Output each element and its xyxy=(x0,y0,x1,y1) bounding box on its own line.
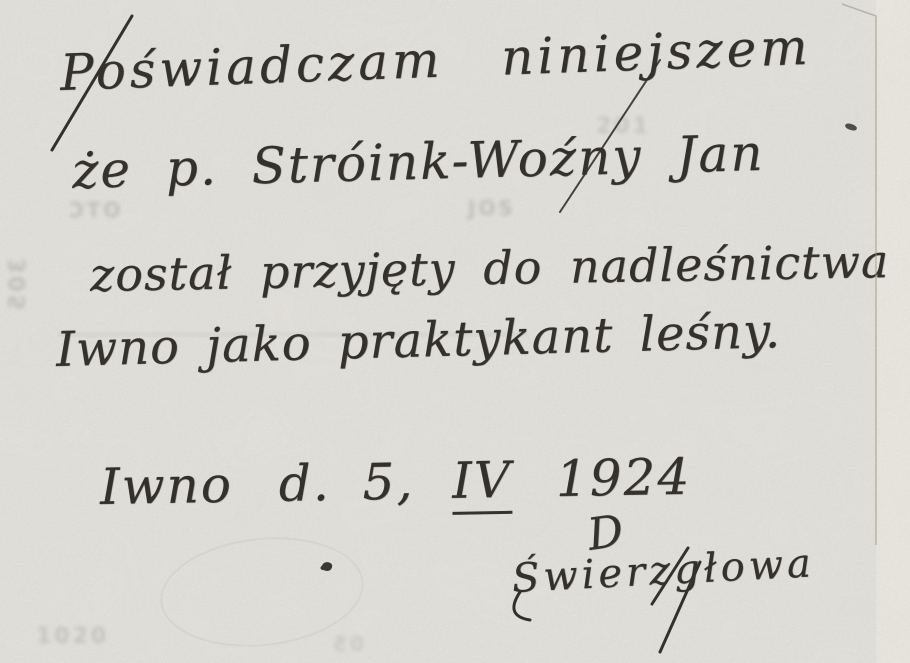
paper-shading xyxy=(0,0,910,663)
pen-flourish-overlay xyxy=(0,0,910,663)
scanned-document-page: 305 OTC JOS 201 1020 05 Poświadczam nini… xyxy=(0,0,910,663)
